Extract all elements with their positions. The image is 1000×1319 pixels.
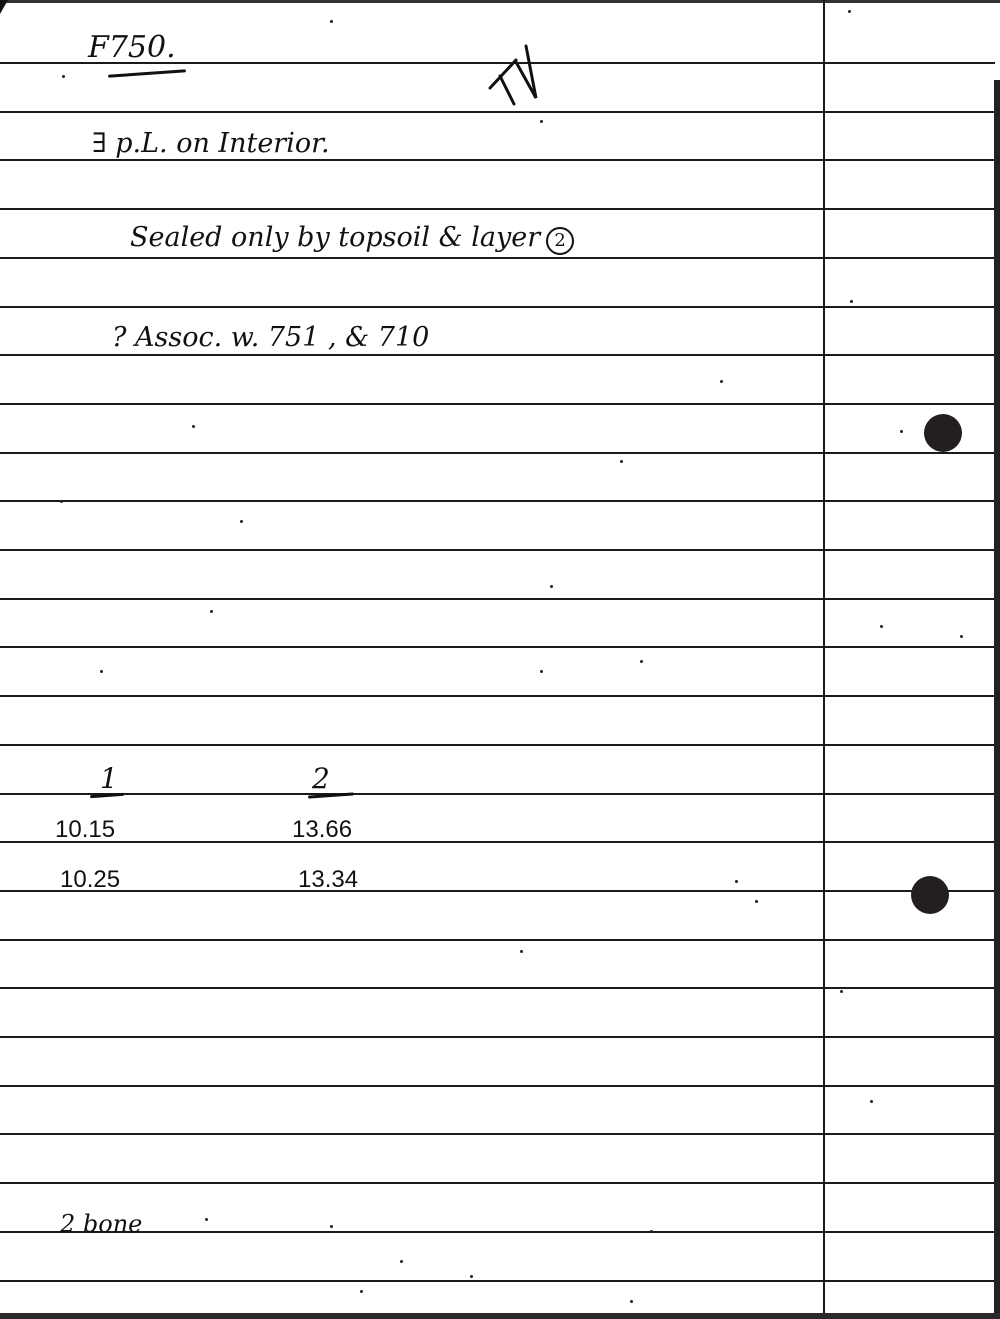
punch-hole-top <box>924 414 962 452</box>
margin-line <box>823 0 825 1315</box>
speck <box>470 1275 473 1278</box>
page-corner-fold <box>0 0 8 14</box>
page-right-edge <box>994 80 1000 1319</box>
footer-note: 2 bone <box>60 1210 142 1238</box>
speck <box>735 880 738 883</box>
notebook-page: F750. ∃ p.L. on Interior. Sealed only by… <box>0 0 1000 1319</box>
speck <box>900 430 903 433</box>
ruled-line <box>0 111 995 113</box>
table-col-header-2: 2 <box>312 762 330 795</box>
speck <box>650 1230 653 1233</box>
speck <box>880 625 883 628</box>
speck <box>720 380 723 383</box>
table-row-1-col-2: 13.66 <box>292 816 352 844</box>
ruled-line <box>0 598 995 600</box>
ruled-line <box>0 646 995 648</box>
speck <box>360 1290 363 1293</box>
speck <box>960 635 963 638</box>
ruled-line <box>0 939 995 941</box>
speck <box>848 10 851 13</box>
ruled-line <box>0 744 995 746</box>
speck <box>205 1218 208 1221</box>
speck <box>620 460 623 463</box>
ruled-line <box>0 890 995 892</box>
ruled-line <box>0 841 995 843</box>
speck <box>540 670 543 673</box>
page-bottom-edge <box>0 1313 1000 1319</box>
ruled-line <box>0 500 995 502</box>
ruled-line <box>0 1036 995 1038</box>
speck <box>550 585 553 588</box>
note-line-2-text: Sealed only by topsoil & layer <box>130 222 540 253</box>
table-row-2-col-1: 10.25 <box>60 866 120 894</box>
speck <box>640 660 643 663</box>
ruled-line <box>0 354 995 356</box>
table-row-2-col-2: 13.34 <box>298 866 358 894</box>
ruled-line <box>0 1085 995 1087</box>
speck <box>870 1100 873 1103</box>
speck <box>60 500 63 503</box>
ruled-line <box>0 987 995 989</box>
ruled-line <box>0 208 995 210</box>
ruled-line <box>0 257 995 259</box>
speck <box>400 1260 403 1263</box>
table-col-header-1: 1 <box>100 762 118 795</box>
ruled-line <box>0 1182 995 1184</box>
speck <box>330 1225 333 1228</box>
note-line-3: ? Assoc. w. 751 , & 710 <box>112 322 429 353</box>
speck <box>850 300 853 303</box>
ruled-line <box>0 306 995 308</box>
ruled-line <box>0 403 995 405</box>
speck <box>62 75 65 78</box>
page-top-edge <box>0 0 1000 3</box>
speck <box>330 20 333 23</box>
ruled-line <box>0 1133 995 1135</box>
speck <box>520 950 523 953</box>
circled-layer-ref: 2 <box>546 227 574 255</box>
ruled-line <box>0 695 995 697</box>
speck <box>630 1300 633 1303</box>
ruled-line <box>0 1231 995 1233</box>
note-line-1: ∃ p.L. on Interior. <box>92 128 330 159</box>
north-arrow-icon <box>486 40 546 110</box>
table-row-1-col-1: 10.15 <box>55 816 115 844</box>
ruled-line <box>0 452 995 454</box>
speck <box>755 900 758 903</box>
ruled-line <box>0 549 995 551</box>
speck <box>840 990 843 993</box>
speck <box>192 425 195 428</box>
note-line-2: Sealed only by topsoil & layer2 <box>130 222 574 255</box>
ruled-line <box>0 1280 995 1282</box>
feature-heading: F750. <box>88 30 176 65</box>
speck <box>240 520 243 523</box>
punch-hole-bottom <box>911 876 949 914</box>
speck <box>100 670 103 673</box>
speck <box>540 120 543 123</box>
heading-underline <box>108 69 186 77</box>
speck <box>210 610 213 613</box>
ruled-line <box>0 159 995 161</box>
ruled-line <box>0 793 995 795</box>
